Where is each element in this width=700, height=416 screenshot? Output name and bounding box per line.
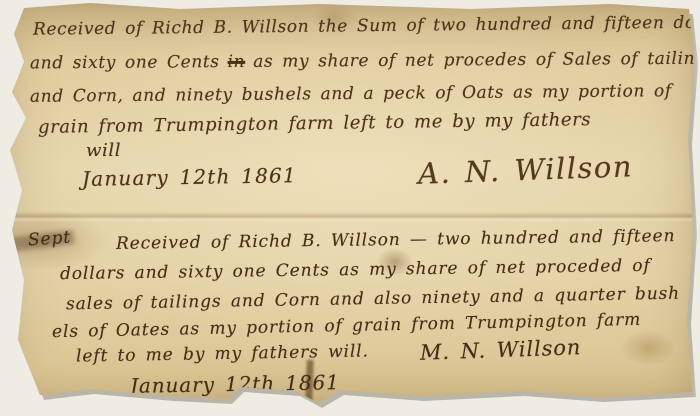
- fold-crease: [0, 212, 700, 222]
- receipt2-line1: Received of Richd B. Willson — two hundr…: [116, 226, 676, 254]
- receipt1-date: January 12th 1861: [82, 163, 297, 191]
- receipt1-line2-post: as my share of net procedes of Sales of …: [253, 49, 700, 72]
- scanned-receipt-image: Received of Richd B. Willson the Sum of …: [0, 0, 700, 416]
- receipt1-line4: grain from Trumpington farm left to me b…: [38, 109, 591, 138]
- receipt2-line2: dollars and sixty one Cents as my share …: [60, 256, 651, 284]
- receipt2-line5: left to me by my fathers will.: [76, 341, 369, 366]
- receipt1-line1: Received of Richd B. Willson the Sum of …: [33, 12, 700, 39]
- receipt2-signature: M. N. Willson: [420, 335, 582, 365]
- receipt1-line3: and Corn, and ninety bushels and a peck …: [30, 81, 672, 107]
- receipt1-line2: and sixty one Centsinas my share of net …: [30, 49, 700, 74]
- receipt2-line3: sales of tailings and Corn and also nine…: [66, 284, 680, 315]
- receipt1-signature: A. N. Willson: [417, 149, 633, 190]
- receipt1-struck-word: in: [228, 52, 246, 72]
- receipt1-line5: will: [86, 140, 121, 161]
- paper-sheet: Received of Richd B. Willson the Sum of …: [0, 0, 700, 416]
- receipt1-line2-pre: and sixty one Cents: [30, 52, 220, 73]
- receipt2-margin-note: Sept: [27, 228, 71, 251]
